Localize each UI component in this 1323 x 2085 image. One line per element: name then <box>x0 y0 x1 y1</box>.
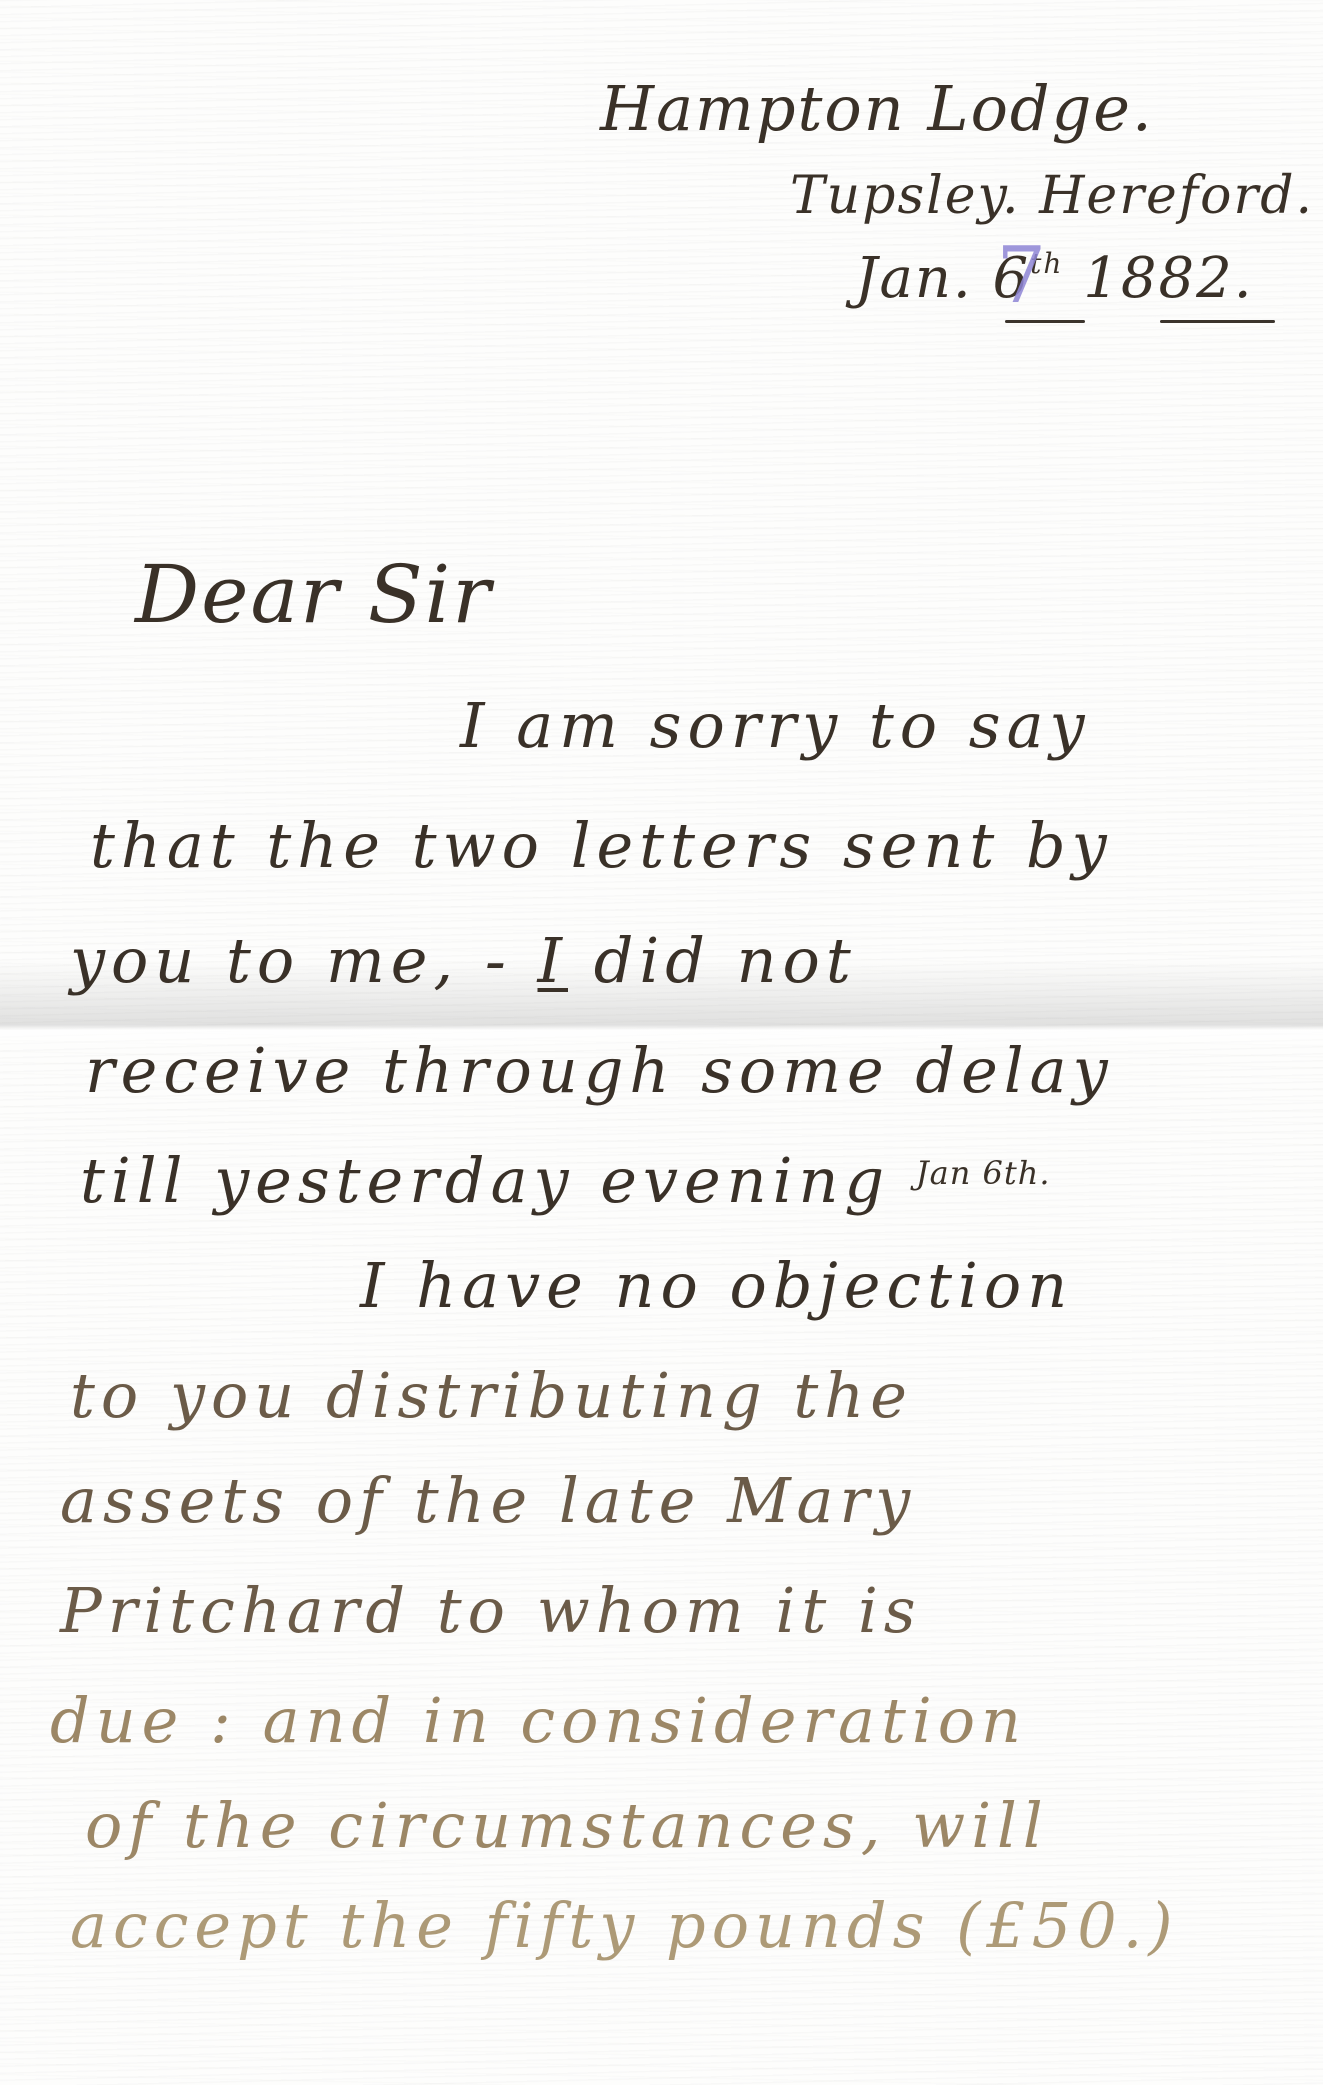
body-line-12: accept the fifty pounds (£50.) <box>70 1895 1179 1957</box>
body-line-7: to you distributing the <box>70 1365 913 1427</box>
date-underline-flourish <box>1160 320 1275 323</box>
body-line-3-end: did not <box>568 924 857 997</box>
body-line-3: you to me, - I did not <box>70 930 857 992</box>
date-day-original: 67 <box>993 251 1031 307</box>
letterhead-house-name: Hampton Lodge. <box>600 78 1154 140</box>
emphasized-i: I <box>538 924 569 997</box>
letter-date: Jan. 67th 1882. <box>855 250 1254 307</box>
date-prefix: Jan. <box>855 246 993 311</box>
body-line-6: I have no objection <box>360 1255 1073 1317</box>
body-line-5: till yesterday evening Jan 6th. <box>80 1150 1050 1212</box>
body-line-4: receive through some delay <box>85 1040 1114 1102</box>
body-line-2: that the two letters sent by <box>90 815 1113 877</box>
body-line-9: Pritchard to whom it is <box>60 1580 922 1642</box>
body-line-10: due : and in consideration <box>50 1690 1027 1752</box>
body-line-8: assets of the late Mary <box>60 1470 916 1532</box>
body-line-5-text: till yesterday evening <box>80 1144 890 1217</box>
body-line-1: I am sorry to say <box>460 695 1091 757</box>
body-line-3-start: you to me, - <box>70 924 538 997</box>
date-year: 1882. <box>1063 246 1253 311</box>
inline-date-note: Jan 6th. <box>916 1154 1051 1192</box>
salutation: Dear Sir <box>135 555 492 635</box>
date-day-correction: 7 <box>997 237 1049 315</box>
date-underline-stroke <box>1005 320 1085 323</box>
letterhead-place: Tupsley. Hereford. <box>790 170 1314 222</box>
letter-page: Hampton Lodge. Tupsley. Hereford. Jan. 6… <box>0 0 1323 2085</box>
body-line-11: of the circumstances, will <box>85 1795 1049 1857</box>
